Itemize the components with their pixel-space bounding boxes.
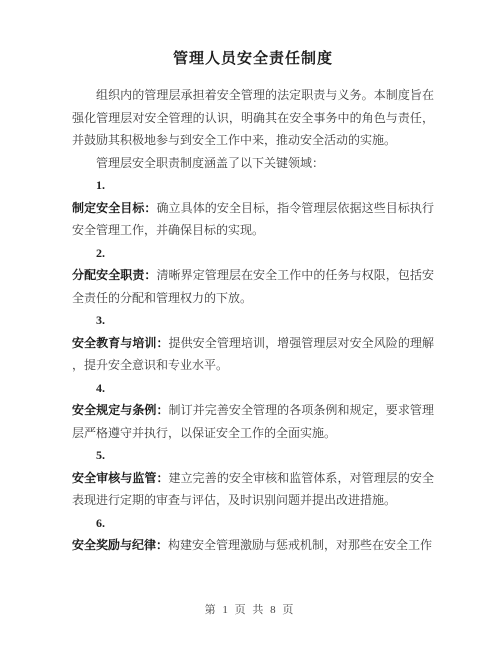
- item-lead-6: 安全奖励与纪律：: [72, 538, 168, 552]
- page-number: 第 1 页 共 8 页: [205, 604, 296, 616]
- section-lead-in: 管理层安全职责制度涵盖了以下关键领域：: [72, 152, 434, 175]
- document-body: 管理人员安全责任制度 组织内的管理层承担着安全管理的法定职责与义务。本制度旨在强…: [72, 48, 434, 557]
- list-item-4: 安全规定与条例：制订并完善安全管理的各项条例和规定，要求管理层严格遵守并执行，以…: [72, 399, 434, 444]
- list-item-3: 安全教育与培训：提供安全管理培训，增强管理层对安全风险的理解，提升安全意识和专业…: [72, 332, 434, 377]
- item-lead-4: 安全规定与条例：: [72, 403, 169, 417]
- list-item-5: 安全审核与监管：建立完善的安全审核和监管体系，对管理层的安全表现进行定期的审查与…: [72, 467, 434, 512]
- item-number-2: 2.: [72, 242, 434, 265]
- item-lead-1: 制定安全目标：: [72, 201, 156, 215]
- item-number-6: 6.: [72, 512, 434, 535]
- list-item-1: 制定安全目标：确立具体的安全目标，指令管理层依据这些目标执行安全管理工作，并确保…: [72, 197, 434, 242]
- page-footer: 第 1 页 共 8 页: [0, 602, 500, 618]
- list-item-6: 安全奖励与纪律：构建安全管理激励与惩戒机制，对那些在安全工作: [72, 534, 434, 557]
- item-number-4: 4.: [72, 377, 434, 400]
- item-body-6: 构建安全管理激励与惩戒机制，对那些在安全工作: [168, 538, 432, 552]
- item-number-5: 5.: [72, 444, 434, 467]
- item-lead-5: 安全审核与监管：: [72, 471, 169, 485]
- document-title: 管理人员安全责任制度: [72, 48, 434, 70]
- item-lead-2: 分配安全职责：: [72, 268, 156, 282]
- item-lead-3: 安全教育与培训：: [72, 336, 169, 350]
- item-number-1: 1.: [72, 174, 434, 197]
- document-page: 管理人员安全责任制度 组织内的管理层承担着安全管理的法定职责与义务。本制度旨在强…: [0, 0, 500, 647]
- intro-paragraph: 组织内的管理层承担着安全管理的法定职责与义务。本制度旨在强化管理层对安全管理的认…: [72, 84, 434, 152]
- list-item-2: 分配安全职责：清晰界定管理层在安全工作中的任务与权限，包括安全责任的分配和管理权…: [72, 264, 434, 309]
- item-number-3: 3.: [72, 309, 434, 332]
